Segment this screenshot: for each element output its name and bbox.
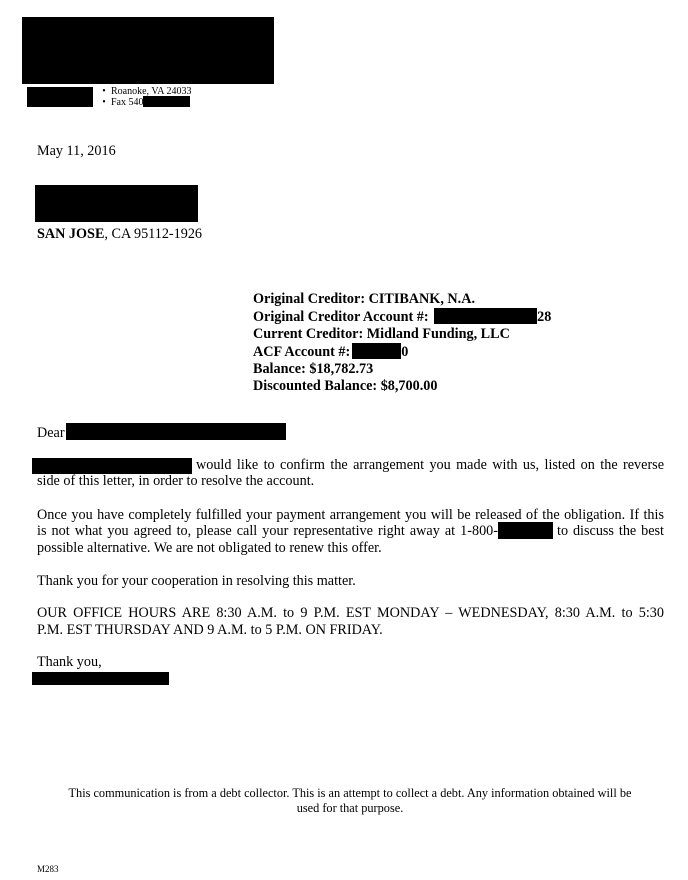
office-hours-line-2: P.M. EST THURSDAY AND 9 A.M. to 5 P.M. O… <box>37 622 383 639</box>
office-hours-line-1: OUR OFFICE HOURS ARE 8:30 A.M. to 9 P.M.… <box>37 605 664 622</box>
recipient-state-zip: , CA 95112-1926 <box>104 226 202 242</box>
bullet-icon: • <box>97 97 111 108</box>
redacted-company-name <box>32 458 192 474</box>
discounted-balance: Discounted Balance: $8,700.00 <box>253 378 551 395</box>
original-creditor: Original Creditor: CITIBANK, N.A. <box>253 291 551 308</box>
redacted-fax-number <box>143 96 190 107</box>
recipient-city-name: SAN JOSE <box>37 226 104 242</box>
redacted-signature <box>32 672 169 685</box>
form-code: M283 <box>37 864 59 874</box>
acf-account-label: ACF Account #: <box>253 344 350 360</box>
fax-number: Fax 540 <box>111 97 144 108</box>
original-account-label: Original Creditor Account #: <box>253 309 429 325</box>
closing: Thank you, <box>37 654 102 671</box>
debt-collector-disclaimer: This communication is from a debt collec… <box>30 786 670 816</box>
original-creditor-account: Original Creditor Account #: 28 <box>253 308 551 326</box>
redacted-original-account-number <box>434 308 537 324</box>
redacted-recipient-name <box>66 423 286 440</box>
paragraph-3: Thank you for your cooperation in resolv… <box>37 573 356 590</box>
acf-account: ACF Account #:0 <box>253 343 551 361</box>
paragraph-1-line-2: side of this letter, in order to resolve… <box>37 473 314 490</box>
redacted-phone-number <box>498 522 553 539</box>
paragraph-2-line-3: possible alternative. We are not obligat… <box>37 540 382 557</box>
current-creditor: Current Creditor: Midland Funding, LLC <box>253 326 551 343</box>
recipient-city: SAN JOSE, CA 95112-1926 <box>37 226 202 243</box>
acf-account-suffix: 0 <box>401 344 408 360</box>
bullet-icon: • <box>97 86 111 97</box>
disclaimer-line-2: used for that purpose. <box>30 801 670 816</box>
redacted-acf-account-number <box>352 343 401 359</box>
redacted-recipient-name-address <box>35 185 198 222</box>
paragraph-1-line-1: would like to confirm the arrangement yo… <box>196 457 664 474</box>
salutation: Dear <box>37 425 65 442</box>
account-details: Original Creditor: CITIBANK, N.A. Origin… <box>253 291 551 395</box>
paragraph-2-line-2a: is not what you agreed to, please call y… <box>37 523 498 540</box>
letterhead-fax: •Fax 540 <box>97 97 144 108</box>
paragraph-2-line-1: Once you have completely fulfilled your … <box>37 507 664 524</box>
balance: Balance: $18,782.73 <box>253 361 551 378</box>
redacted-letterhead <box>22 17 274 84</box>
original-account-suffix: 28 <box>537 309 551 325</box>
disclaimer-line-1: This communication is from a debt collec… <box>30 786 670 801</box>
redacted-street-address <box>27 87 93 107</box>
paragraph-2-line-2b: to discuss the best <box>557 523 664 540</box>
letter-date: May 11, 2016 <box>37 143 116 160</box>
